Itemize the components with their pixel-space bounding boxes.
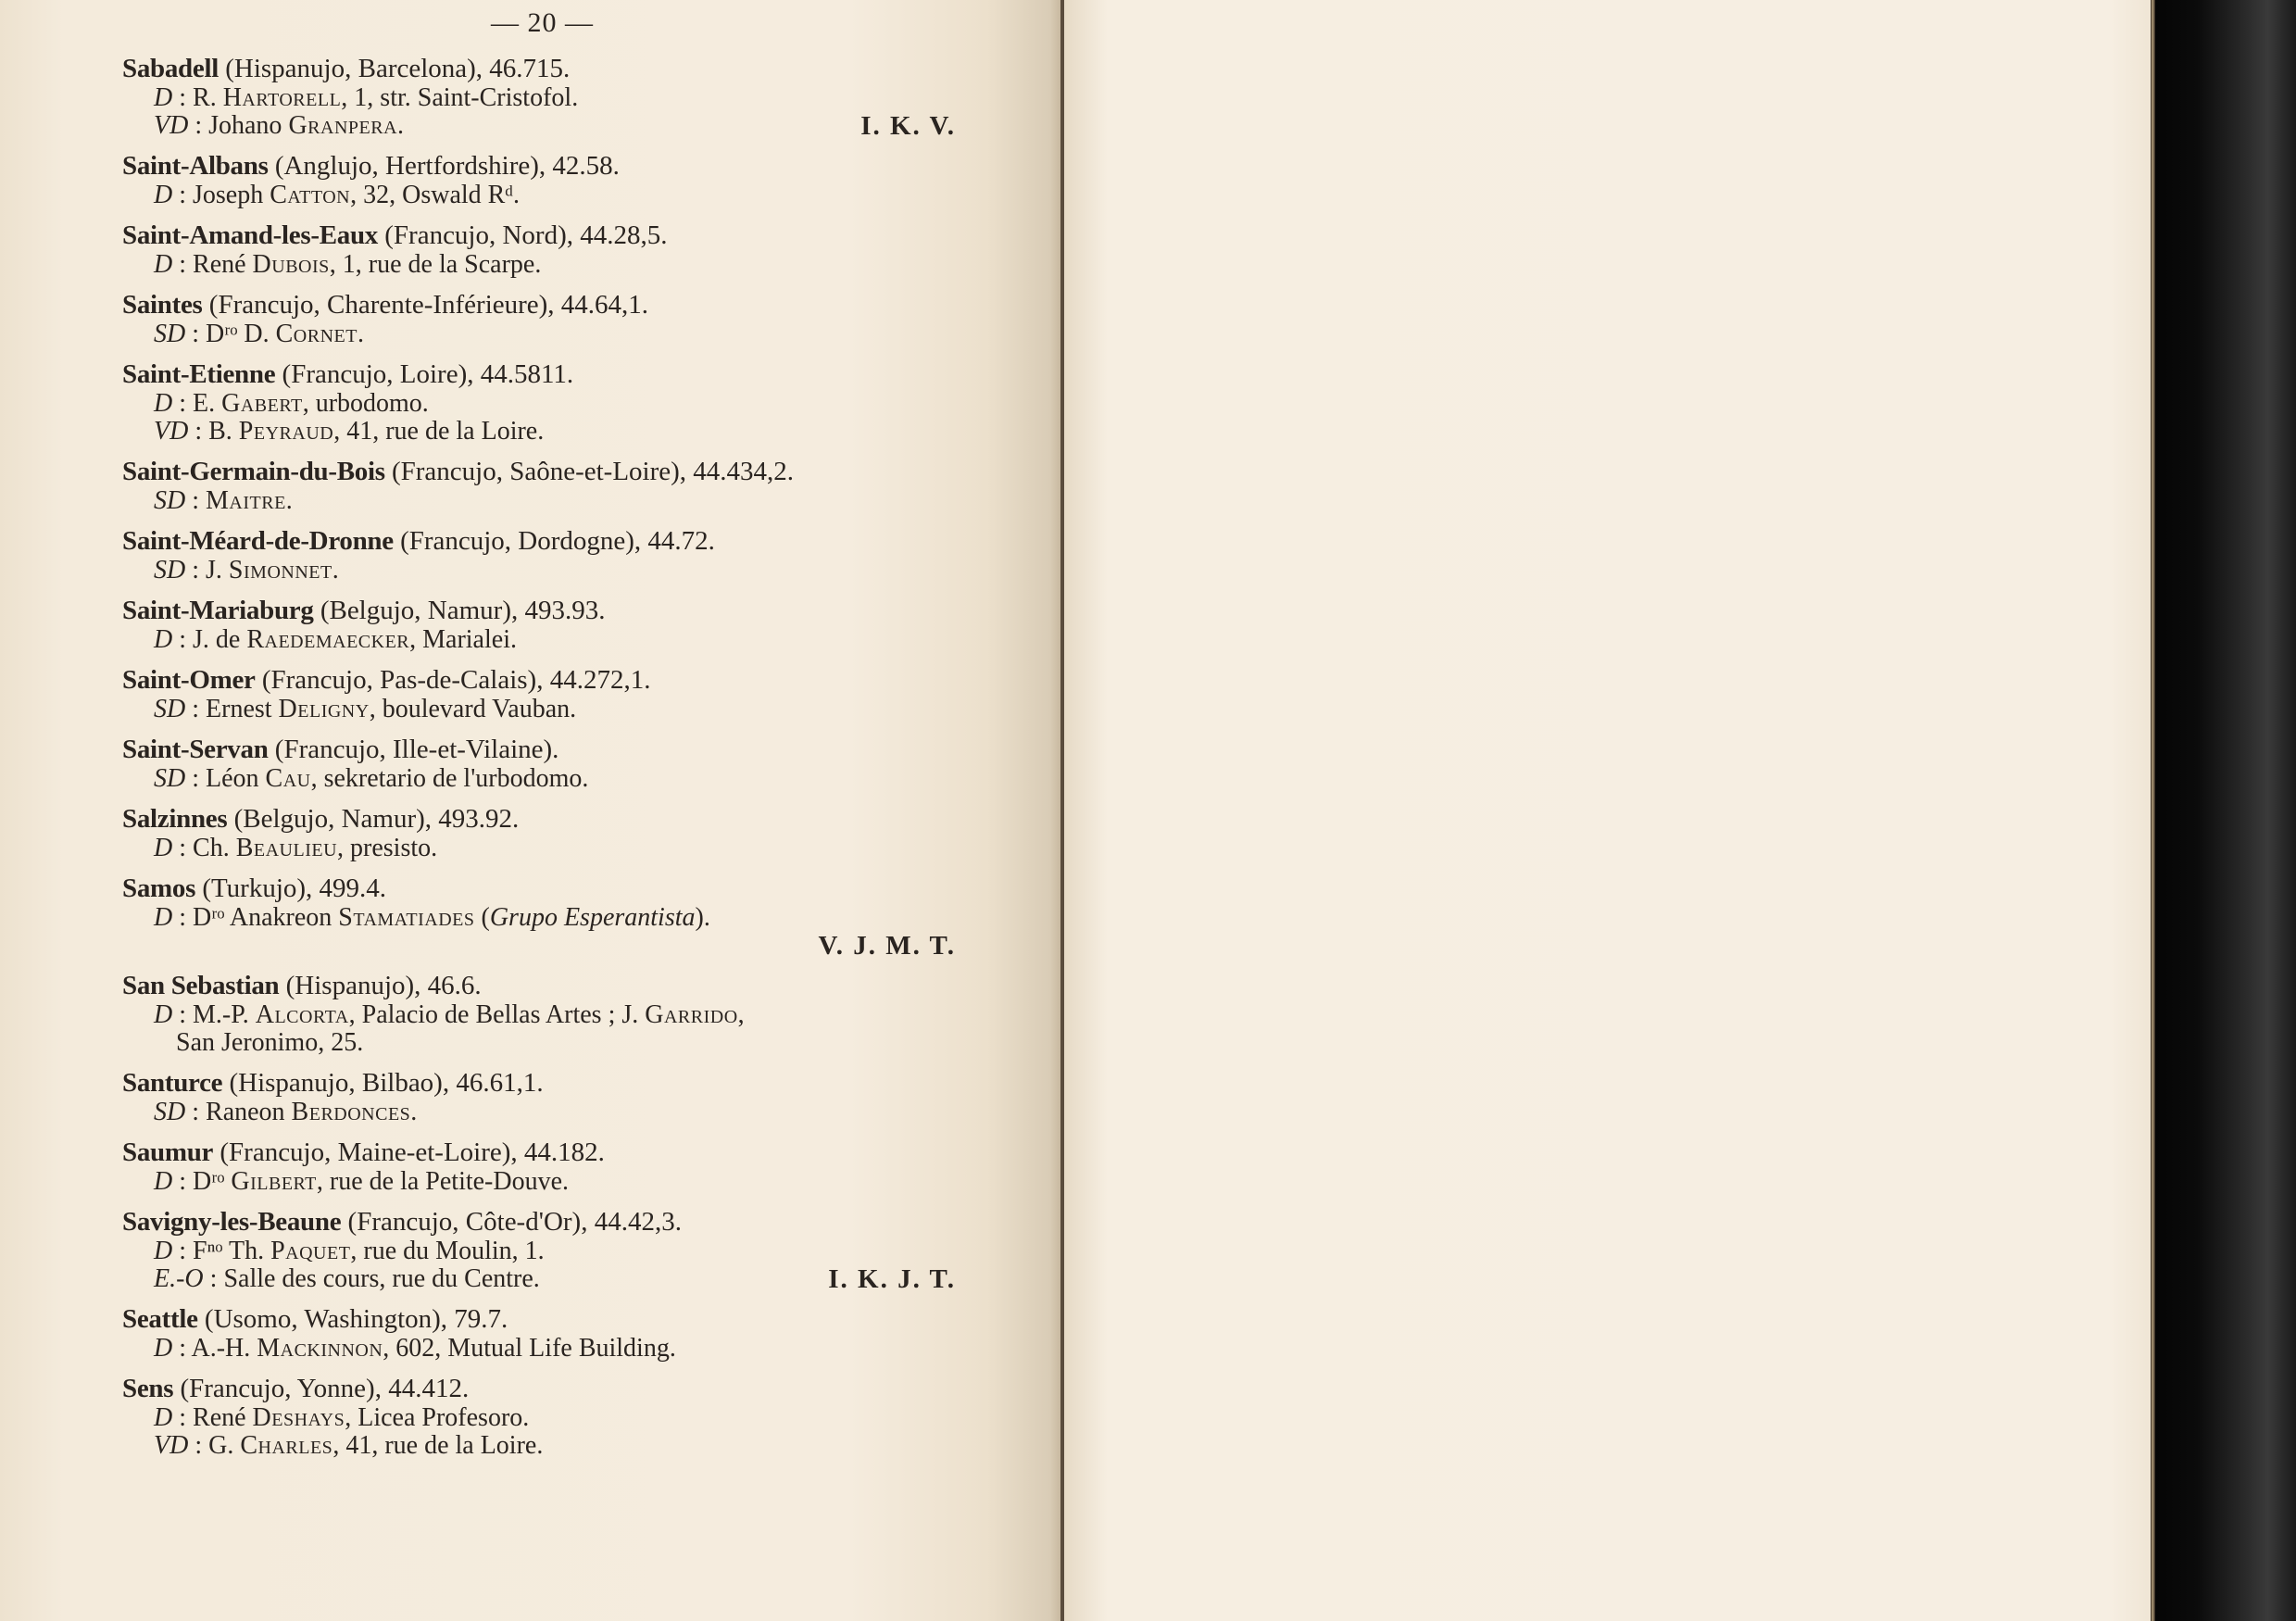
entry-contact-line: VD : G. Charles, 41, rue de la Loire. bbox=[122, 1432, 956, 1460]
contact-surname: Raedemaecker bbox=[246, 625, 409, 654]
contact-surname: Mackinnon bbox=[257, 1334, 383, 1363]
entry-contact-line: D : M.-P. Alcorta, Palacio de Bellas Art… bbox=[122, 1001, 956, 1029]
city-location: (Hispanujo, Barcelona), 46.715. bbox=[219, 54, 570, 83]
contact-text: , presisto. bbox=[337, 834, 437, 862]
contact-text: San Jeronimo, 25. bbox=[176, 1028, 363, 1057]
entry-heading: Savigny-les-Beaune (Francujo, Côte-d'Or)… bbox=[122, 1207, 956, 1238]
contact-text: Dʳᵒ Anakreon bbox=[193, 903, 338, 932]
contact-surname: Cau bbox=[266, 764, 311, 793]
directory-entry: Samos (Turkujo), 499.4. D : Dʳᵒ Anakreon… bbox=[122, 873, 956, 960]
city-name: Saint-Méard-de-Dronne bbox=[122, 526, 394, 556]
separator: : bbox=[185, 695, 206, 723]
page-number-left: — 20 — bbox=[491, 7, 594, 39]
role-label: D bbox=[154, 903, 172, 932]
role-label: D bbox=[154, 1334, 172, 1363]
contact-text: Salle des cours, rue du Centre. bbox=[223, 1264, 539, 1293]
contact-text: Raneon bbox=[206, 1098, 292, 1126]
directory-entry: Seattle (Usomo, Washington), 79.7. D : A… bbox=[122, 1304, 956, 1363]
directory-entry: Salzinnes (Belgujo, Namur), 493.92. D : … bbox=[122, 804, 956, 862]
directory-entry: Saintes (Francujo, Charente-Inférieure),… bbox=[122, 290, 956, 348]
contact-text: Ernest bbox=[206, 695, 279, 723]
separator: : bbox=[185, 486, 206, 515]
entry-heading: Saint-Mariaburg (Belgujo, Namur), 493.93… bbox=[122, 596, 956, 626]
city-location: (Francujo, Nord), 44.28,5. bbox=[378, 220, 668, 250]
city-location: (Hispanujo), 46.6. bbox=[279, 971, 481, 1000]
entry-contact-line: D : R. Hartorell, 1, str. Saint-Cristofo… bbox=[122, 84, 956, 112]
role-label: D bbox=[154, 181, 172, 209]
city-location: (Belgujo, Namur), 493.93. bbox=[314, 596, 606, 625]
directory-entry: Savigny-les-Beaune (Francujo, Côte-d'Or)… bbox=[122, 1207, 956, 1293]
entry-contact-line: SD : Ernest Deligny, boulevard Vauban. bbox=[122, 696, 956, 723]
role-label: D bbox=[154, 1000, 172, 1029]
entry-contact-line: D : Ch. Beaulieu, presisto. bbox=[122, 835, 956, 862]
contact-text: , urbodomo. bbox=[303, 389, 429, 418]
city-location: (Anglujo, Hertfordshire), 42.58. bbox=[269, 151, 620, 181]
contact-text: , Palacio de Bellas Artes ; J. bbox=[349, 1000, 646, 1029]
role-label: SD bbox=[154, 486, 185, 515]
entry-contact-line: E.-O : Salle des cours, rue du Centre.I.… bbox=[122, 1265, 956, 1293]
entry-contact-line: D : Dʳᵒ Gilbert, rue de la Petite-Douve. bbox=[122, 1168, 956, 1196]
contact-surname: Maitre bbox=[206, 486, 286, 515]
separator: : bbox=[172, 1334, 191, 1363]
role-label: D bbox=[154, 834, 172, 862]
contact-surname: Deshays bbox=[253, 1403, 345, 1432]
separator: : bbox=[188, 417, 208, 446]
city-name: San Sebastian bbox=[122, 971, 279, 1000]
entry-contact-line: D : Dʳᵒ Anakreon Stamatiades (Grupo Espe… bbox=[122, 904, 956, 932]
entry-heading: Saint-Méard-de-Dronne (Francujo, Dordogn… bbox=[122, 526, 956, 557]
separator: : bbox=[172, 83, 193, 112]
city-location: (Usomo, Washington), 79.7. bbox=[198, 1304, 508, 1334]
contact-surname: Hartorell bbox=[223, 83, 342, 112]
right-page: — 21 — Serpuhov (Rusujo, Moskvo), 47.51,… bbox=[1064, 0, 2153, 1621]
contact-surname: Simonnet bbox=[229, 556, 332, 584]
contact-surname: Peyraud bbox=[239, 417, 333, 446]
role-label: D bbox=[154, 389, 172, 418]
contact-surname: Beaulieu bbox=[236, 834, 337, 862]
organization-name: Grupo Esperantista bbox=[490, 903, 696, 932]
contact-text: Dʳᵒ bbox=[193, 1167, 231, 1196]
entry-contact-line: VD : Johano Granpera.I. K. V. bbox=[122, 112, 956, 140]
role-label: SD bbox=[154, 695, 185, 723]
entry-heading: Sabadell (Hispanujo, Barcelona), 46.715. bbox=[122, 54, 956, 84]
contact-text: R. bbox=[193, 83, 223, 112]
entry-contact-line: D : E. Gabert, urbodomo. bbox=[122, 390, 956, 418]
contact-text: , 41, rue de la Loire. bbox=[332, 1431, 543, 1460]
separator: : bbox=[172, 625, 193, 654]
role-label: D bbox=[154, 1167, 172, 1196]
directory-entry: Saint-Amand-les-Eaux (Francujo, Nord), 4… bbox=[122, 220, 956, 279]
role-label: SD bbox=[154, 1098, 185, 1126]
contact-text: , 1, str. Saint-Cristofol. bbox=[341, 83, 578, 112]
city-name: Saint-Mariaburg bbox=[122, 596, 314, 625]
entry-heading: Samos (Turkujo), 499.4. bbox=[122, 873, 956, 904]
entry-contact-line: VD : B. Peyraud, 41, rue de la Loire. bbox=[122, 418, 956, 446]
entry-heading: Sens (Francujo, Yonne), 44.412. bbox=[122, 1374, 956, 1404]
entry-contact-line: SD : Raneon Berdonces. bbox=[122, 1099, 956, 1126]
separator: : bbox=[172, 181, 193, 209]
city-location: (Turkujo), 499.4. bbox=[195, 873, 386, 903]
directory-entry: Sens (Francujo, Yonne), 44.412. D : René… bbox=[122, 1374, 956, 1460]
entry-heading: Salzinnes (Belgujo, Namur), 493.92. bbox=[122, 804, 956, 835]
contact-text: . bbox=[286, 486, 293, 515]
contact-text: , rue du Moulin, 1. bbox=[350, 1237, 544, 1265]
city-location: (Francujo, Loire), 44.5811. bbox=[275, 359, 573, 389]
entry-heading: Santurce (Hispanujo, Bilbao), 46.61,1. bbox=[122, 1068, 956, 1099]
contact-text: . bbox=[358, 320, 364, 348]
entry-contact-line: D : Joseph Catton, 32, Oswald Rᵈ. bbox=[122, 182, 956, 209]
contact-text: , 602, Mutual Life Building. bbox=[383, 1334, 676, 1363]
role-label: D bbox=[154, 1237, 172, 1265]
role-label: D bbox=[154, 625, 172, 654]
entry-heading: Saumur (Francujo, Maine-et-Loire), 44.18… bbox=[122, 1137, 956, 1168]
entry-heading: Saint-Amand-les-Eaux (Francujo, Nord), 4… bbox=[122, 220, 956, 251]
contact-surname: Alcorta bbox=[256, 1000, 349, 1029]
separator: : bbox=[172, 250, 193, 279]
entry-heading: Saintes (Francujo, Charente-Inférieure),… bbox=[122, 290, 956, 320]
entry-heading: Saint-Servan (Francujo, Ille-et-Vilaine)… bbox=[122, 735, 956, 765]
separator: : bbox=[185, 1098, 206, 1126]
contact-surname: Catton bbox=[270, 181, 350, 209]
contact-surname: Cornet bbox=[276, 320, 358, 348]
contact-text: Johano bbox=[208, 111, 288, 140]
contact-text: , boulevard Vauban. bbox=[370, 695, 576, 723]
city-location: (Francujo, Dordogne), 44.72. bbox=[394, 526, 715, 556]
directory-entry: Saint-Albans (Anglujo, Hertfordshire), 4… bbox=[122, 151, 956, 209]
entry-contact-line: San Jeronimo, 25. bbox=[122, 1029, 956, 1057]
city-location: (Francujo, Charente-Inférieure), 44.64,1… bbox=[203, 290, 649, 320]
directory-entry: Saint-Omer (Francujo, Pas-de-Calais), 44… bbox=[122, 665, 956, 723]
language-codes: V. J. M. T. bbox=[122, 932, 956, 960]
contact-text: E. bbox=[193, 389, 221, 418]
contact-text: A.-H. bbox=[191, 1334, 257, 1363]
contact-surname: Gilbert bbox=[231, 1167, 317, 1196]
city-location: (Belgujo, Namur), 493.92. bbox=[227, 804, 519, 834]
city-name: Saint-Germain-du-Bois bbox=[122, 457, 385, 486]
city-name: Saint-Etienne bbox=[122, 359, 275, 389]
contact-text: J. bbox=[206, 556, 229, 584]
separator: : bbox=[172, 389, 193, 418]
role-label: VD bbox=[154, 111, 188, 140]
contact-text: , 1, rue de la Scarpe. bbox=[330, 250, 542, 279]
separator: : bbox=[188, 1431, 208, 1460]
role-label: SD bbox=[154, 556, 185, 584]
city-location: (Francujo, Yonne), 44.412. bbox=[173, 1374, 469, 1403]
contact-surname: Granpera bbox=[288, 111, 397, 140]
contact-text: Léon bbox=[206, 764, 266, 793]
separator: : bbox=[172, 903, 193, 932]
role-label: D bbox=[154, 250, 172, 279]
contact-surname: Charles bbox=[240, 1431, 332, 1460]
separator: : bbox=[172, 1237, 193, 1265]
left-page: — 20 — Sabadell (Hispanujo, Barcelona), … bbox=[0, 0, 1060, 1621]
city-name: Saint-Servan bbox=[122, 735, 269, 764]
contact-text: B. bbox=[208, 417, 239, 446]
role-label: SD bbox=[154, 320, 185, 348]
city-location: (Francujo, Saône-et-Loire), 44.434,2. bbox=[385, 457, 794, 486]
contact-text: , Marialei. bbox=[409, 625, 517, 654]
role-label: SD bbox=[154, 764, 185, 793]
directory-entry: Saint-Méard-de-Dronne (Francujo, Dordogn… bbox=[122, 526, 956, 584]
contact-surname: Dubois bbox=[253, 250, 330, 279]
entry-heading: Saint-Etienne (Francujo, Loire), 44.5811… bbox=[122, 359, 956, 390]
contact-text: Dʳᵒ D. bbox=[206, 320, 276, 348]
city-location: (Francujo, Ille-et-Vilaine). bbox=[269, 735, 559, 764]
contact-text: Joseph bbox=[193, 181, 270, 209]
contact-surname: Paquet bbox=[270, 1237, 350, 1265]
city-name: Savigny-les-Beaune bbox=[122, 1207, 341, 1237]
contact-text: , 32, Oswald Rᵈ. bbox=[350, 181, 520, 209]
entry-contact-line: SD : Dʳᵒ D. Cornet. bbox=[122, 320, 956, 348]
role-label: VD bbox=[154, 1431, 188, 1460]
directory-entry: Saint-Germain-du-Bois (Francujo, Saône-e… bbox=[122, 457, 956, 515]
city-name: Saumur bbox=[122, 1137, 213, 1167]
city-name: Santurce bbox=[122, 1068, 222, 1098]
contact-text: René bbox=[193, 250, 253, 279]
city-name: Sens bbox=[122, 1374, 173, 1403]
separator: : bbox=[185, 320, 206, 348]
contact-surname: Stamatiades bbox=[338, 903, 474, 932]
book-binding-shadow bbox=[2155, 0, 2296, 1621]
language-codes: I. K. V. bbox=[860, 112, 956, 140]
contact-text: ( bbox=[475, 903, 490, 932]
city-name: Saintes bbox=[122, 290, 203, 320]
contact-text: ). bbox=[696, 903, 710, 932]
book-spread: — 20 — Sabadell (Hispanujo, Barcelona), … bbox=[0, 0, 2296, 1621]
role-label: E.-O bbox=[154, 1264, 204, 1293]
separator: : bbox=[172, 1167, 193, 1196]
entry-heading: Saint-Omer (Francujo, Pas-de-Calais), 44… bbox=[122, 665, 956, 696]
directory-entry: Saint-Servan (Francujo, Ille-et-Vilaine)… bbox=[122, 735, 956, 793]
separator: : bbox=[172, 1403, 193, 1432]
contact-text: , sekretario de l'urbodomo. bbox=[311, 764, 589, 793]
contact-text: , Licea Profesoro. bbox=[345, 1403, 529, 1432]
contact-text: . bbox=[397, 111, 404, 140]
contact-text: J. de bbox=[193, 625, 246, 654]
contact-text: Ch. bbox=[193, 834, 236, 862]
entry-contact-line: D : Fⁿᵒ Th. Paquet, rue du Moulin, 1. bbox=[122, 1238, 956, 1265]
role-label: D bbox=[154, 1403, 172, 1432]
entry-heading: San Sebastian (Hispanujo), 46.6. bbox=[122, 971, 956, 1001]
contact-text: , 41, rue de la Loire. bbox=[333, 417, 544, 446]
separator: : bbox=[172, 834, 193, 862]
contact-text: , bbox=[738, 1000, 745, 1029]
left-entry-list: Sabadell (Hispanujo, Barcelona), 46.715.… bbox=[122, 54, 956, 1471]
city-name: Seattle bbox=[122, 1304, 198, 1334]
contact-text: Fⁿᵒ Th. bbox=[193, 1237, 270, 1265]
entry-heading: Saint-Albans (Anglujo, Hertfordshire), 4… bbox=[122, 151, 956, 182]
language-codes: I. K. J. T. bbox=[828, 1265, 956, 1293]
contact-text: . bbox=[410, 1098, 417, 1126]
entry-contact-line: SD : Maitre. bbox=[122, 487, 956, 515]
entry-contact-line: SD : J. Simonnet. bbox=[122, 557, 956, 584]
contact-surname: Gabert bbox=[221, 389, 303, 418]
separator: : bbox=[185, 764, 206, 793]
directory-entry: Saumur (Francujo, Maine-et-Loire), 44.18… bbox=[122, 1137, 956, 1196]
city-name: Sabadell bbox=[122, 54, 219, 83]
city-name: Saint-Albans bbox=[122, 151, 269, 181]
contact-text: , rue de la Petite-Douve. bbox=[317, 1167, 569, 1196]
directory-entry: San Sebastian (Hispanujo), 46.6. D : M.-… bbox=[122, 971, 956, 1057]
contact-text: René bbox=[193, 1403, 253, 1432]
entry-contact-line: D : J. de Raedemaecker, Marialei. bbox=[122, 626, 956, 654]
contact-surname: Berdonces bbox=[292, 1098, 411, 1126]
entry-heading: Saint-Germain-du-Bois (Francujo, Saône-e… bbox=[122, 457, 956, 487]
entry-heading: Seattle (Usomo, Washington), 79.7. bbox=[122, 1304, 956, 1335]
contact-text: M.-P. bbox=[193, 1000, 256, 1029]
city-location: (Francujo, Pas-de-Calais), 44.272,1. bbox=[256, 665, 651, 695]
city-location: (Hispanujo, Bilbao), 46.61,1. bbox=[222, 1068, 543, 1098]
role-label: D bbox=[154, 83, 172, 112]
separator: : bbox=[185, 556, 206, 584]
entry-contact-line: D : René Deshays, Licea Profesoro. bbox=[122, 1404, 956, 1432]
contact-text: . bbox=[332, 556, 339, 584]
city-name: Saint-Omer bbox=[122, 665, 256, 695]
directory-entry: Saint-Mariaburg (Belgujo, Namur), 493.93… bbox=[122, 596, 956, 654]
separator: : bbox=[188, 111, 208, 140]
directory-entry: Sabadell (Hispanujo, Barcelona), 46.715.… bbox=[122, 54, 956, 140]
city-location: (Francujo, Maine-et-Loire), 44.182. bbox=[213, 1137, 605, 1167]
city-location: (Francujo, Côte-d'Or), 44.42,3. bbox=[341, 1207, 682, 1237]
role-label: VD bbox=[154, 417, 188, 446]
separator: : bbox=[172, 1000, 193, 1029]
entry-contact-line: D : A.-H. Mackinnon, 602, Mutual Life Bu… bbox=[122, 1335, 956, 1363]
contact-surname: Deligny bbox=[279, 695, 370, 723]
entry-contact-line: SD : Léon Cau, sekretario de l'urbodomo. bbox=[122, 765, 956, 793]
separator: : bbox=[204, 1264, 224, 1293]
entry-contact-line: D : René Dubois, 1, rue de la Scarpe. bbox=[122, 251, 956, 279]
directory-entry: Saint-Etienne (Francujo, Loire), 44.5811… bbox=[122, 359, 956, 446]
contact-text: G. bbox=[208, 1431, 240, 1460]
city-name: Saint-Amand-les-Eaux bbox=[122, 220, 378, 250]
city-name: Salzinnes bbox=[122, 804, 227, 834]
directory-entry: Santurce (Hispanujo, Bilbao), 46.61,1. S… bbox=[122, 1068, 956, 1126]
city-name: Samos bbox=[122, 873, 195, 903]
contact-surname: Garrido bbox=[645, 1000, 737, 1029]
